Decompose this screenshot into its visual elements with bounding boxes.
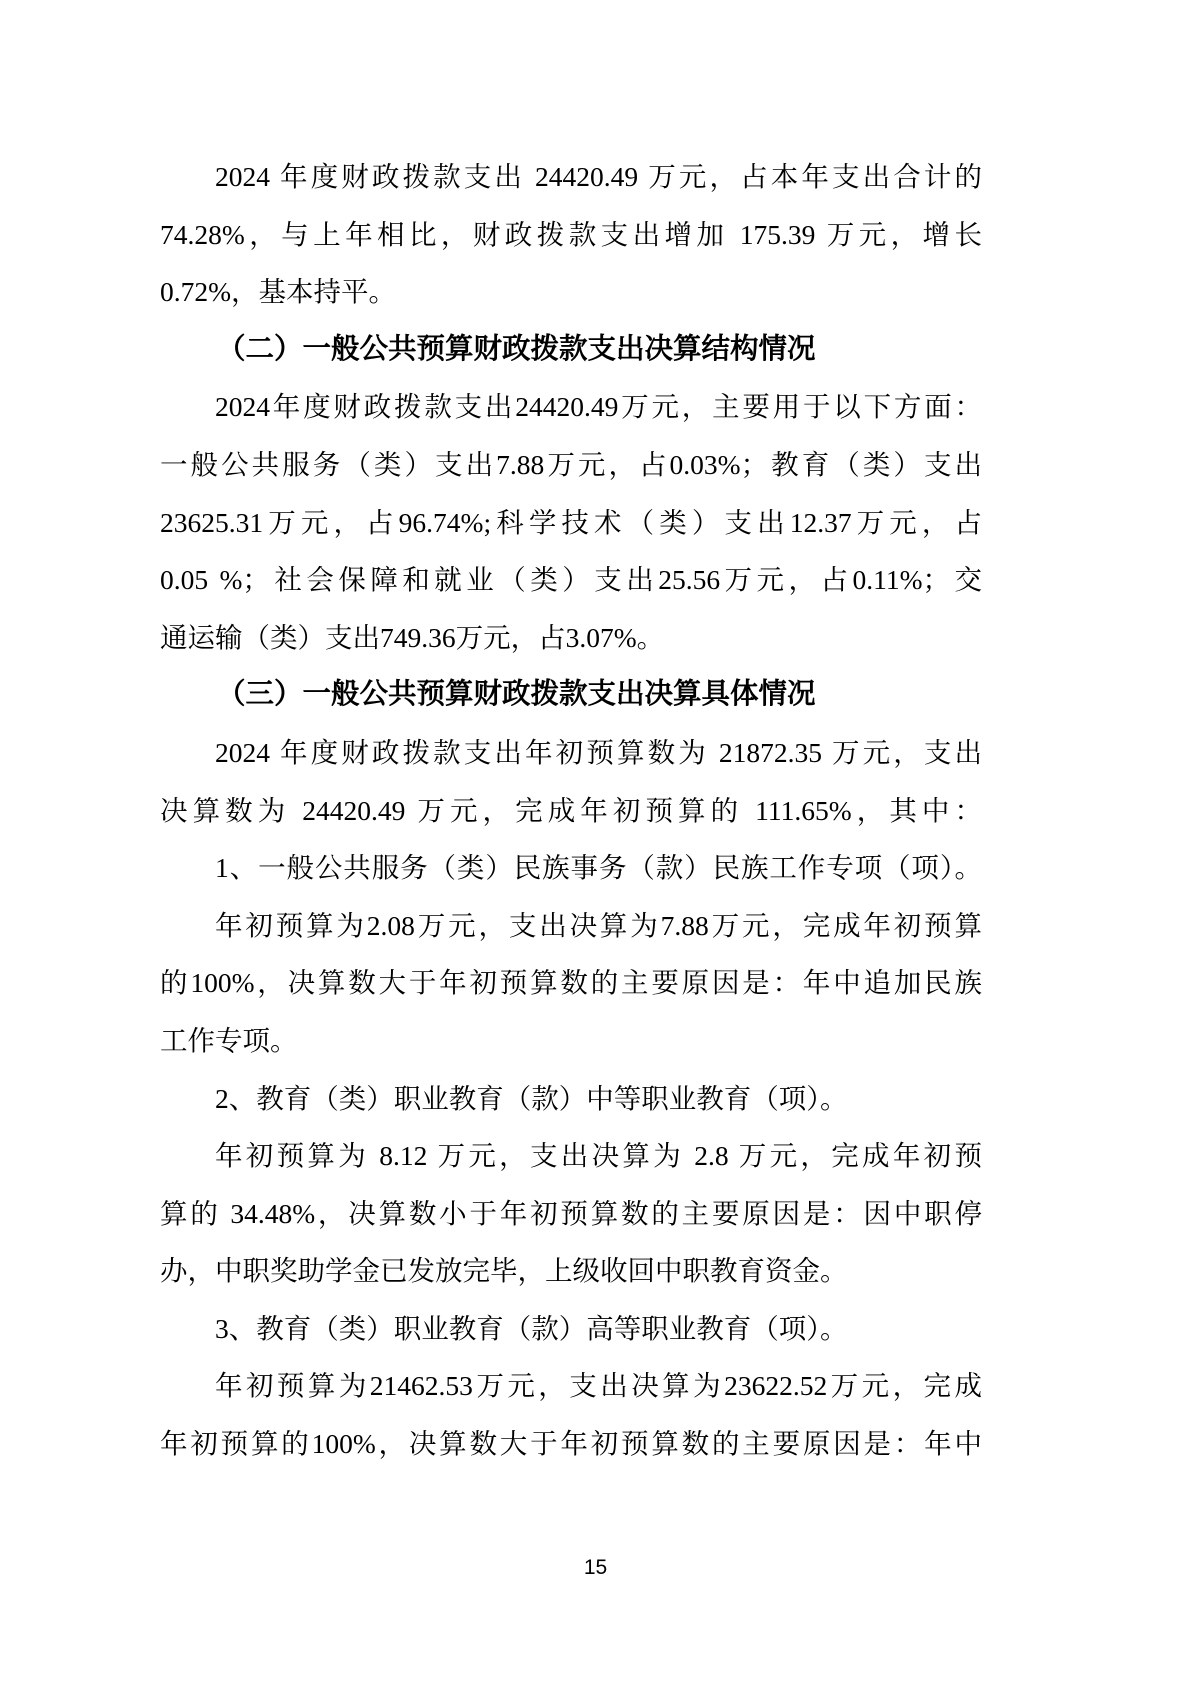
body-line: 年初预算为 8.12 万元，支出决算为 2.8 万元，完成年初预 bbox=[160, 1127, 982, 1185]
body-line: 0.05 %；社会保障和就业（类）支出25.56万元，占0.11%；交 bbox=[160, 551, 982, 609]
body-line: 年初预算为21462.53万元，支出决算为23622.52万元，完成 bbox=[160, 1357, 982, 1415]
body-line: 74.28%，与上年相比，财政拨款支出增加 175.39 万元，增长 bbox=[160, 206, 982, 264]
page-number: 15 bbox=[0, 1556, 1191, 1580]
body-line: 2024 年度财政拨款支出 24420.49 万元，占本年支出合计的 bbox=[160, 148, 982, 206]
body-line: 0.72%，基本持平。 bbox=[160, 263, 982, 321]
body-line: 23625.31万元，占96.74%;科学技术（类）支出12.37万元，占 bbox=[160, 494, 982, 552]
list-item-3-line: 3、教育（类）职业教育（款）高等职业教育（项）。 bbox=[160, 1300, 982, 1358]
body-line: 的100%，决算数大于年初预算数的主要原因是：年中追加民族 bbox=[160, 954, 982, 1012]
body-line: 一般公共服务（类）支出7.88万元，占0.03%；教育（类）支出 bbox=[160, 436, 982, 494]
body-line: 工作专项。 bbox=[160, 1012, 982, 1070]
body-line: 通运输（类）支出749.36万元，占3.07%。 bbox=[160, 609, 982, 667]
document-body: 2024 年度财政拨款支出 24420.49 万元，占本年支出合计的 74.28… bbox=[160, 148, 982, 1473]
list-item-1-line: 1、一般公共服务（类）民族事务（款）民族工作专项（项）。 bbox=[160, 839, 982, 897]
list-item-2-line: 2、教育（类）职业教育（款）中等职业教育（项）。 bbox=[160, 1070, 982, 1128]
section-heading-two: （二）一般公共预算财政拨款支出决算结构情况 bbox=[160, 321, 982, 379]
body-line: 年初预算的100%，决算数大于年初预算数的主要原因是：年中 bbox=[160, 1415, 982, 1473]
body-line: 算的 34.48%，决算数小于年初预算数的主要原因是：因中职停 bbox=[160, 1185, 982, 1243]
body-line: 2024年度财政拨款支出24420.49万元，主要用于以下方面： bbox=[160, 378, 982, 436]
body-line: 决算数为 24420.49 万元，完成年初预算的 111.65%，其中： bbox=[160, 782, 982, 840]
body-line: 2024 年度财政拨款支出年初预算数为 21872.35 万元，支出 bbox=[160, 724, 982, 782]
body-line: 办，中职奖助学金已发放完毕，上级收回中职教育资金。 bbox=[160, 1242, 982, 1300]
body-line: 年初预算为2.08万元，支出决算为7.88万元，完成年初预算 bbox=[160, 897, 982, 955]
section-heading-three: （三）一般公共预算财政拨款支出决算具体情况 bbox=[160, 666, 982, 724]
document-page: 2024 年度财政拨款支出 24420.49 万元，占本年支出合计的 74.28… bbox=[0, 0, 1191, 1684]
